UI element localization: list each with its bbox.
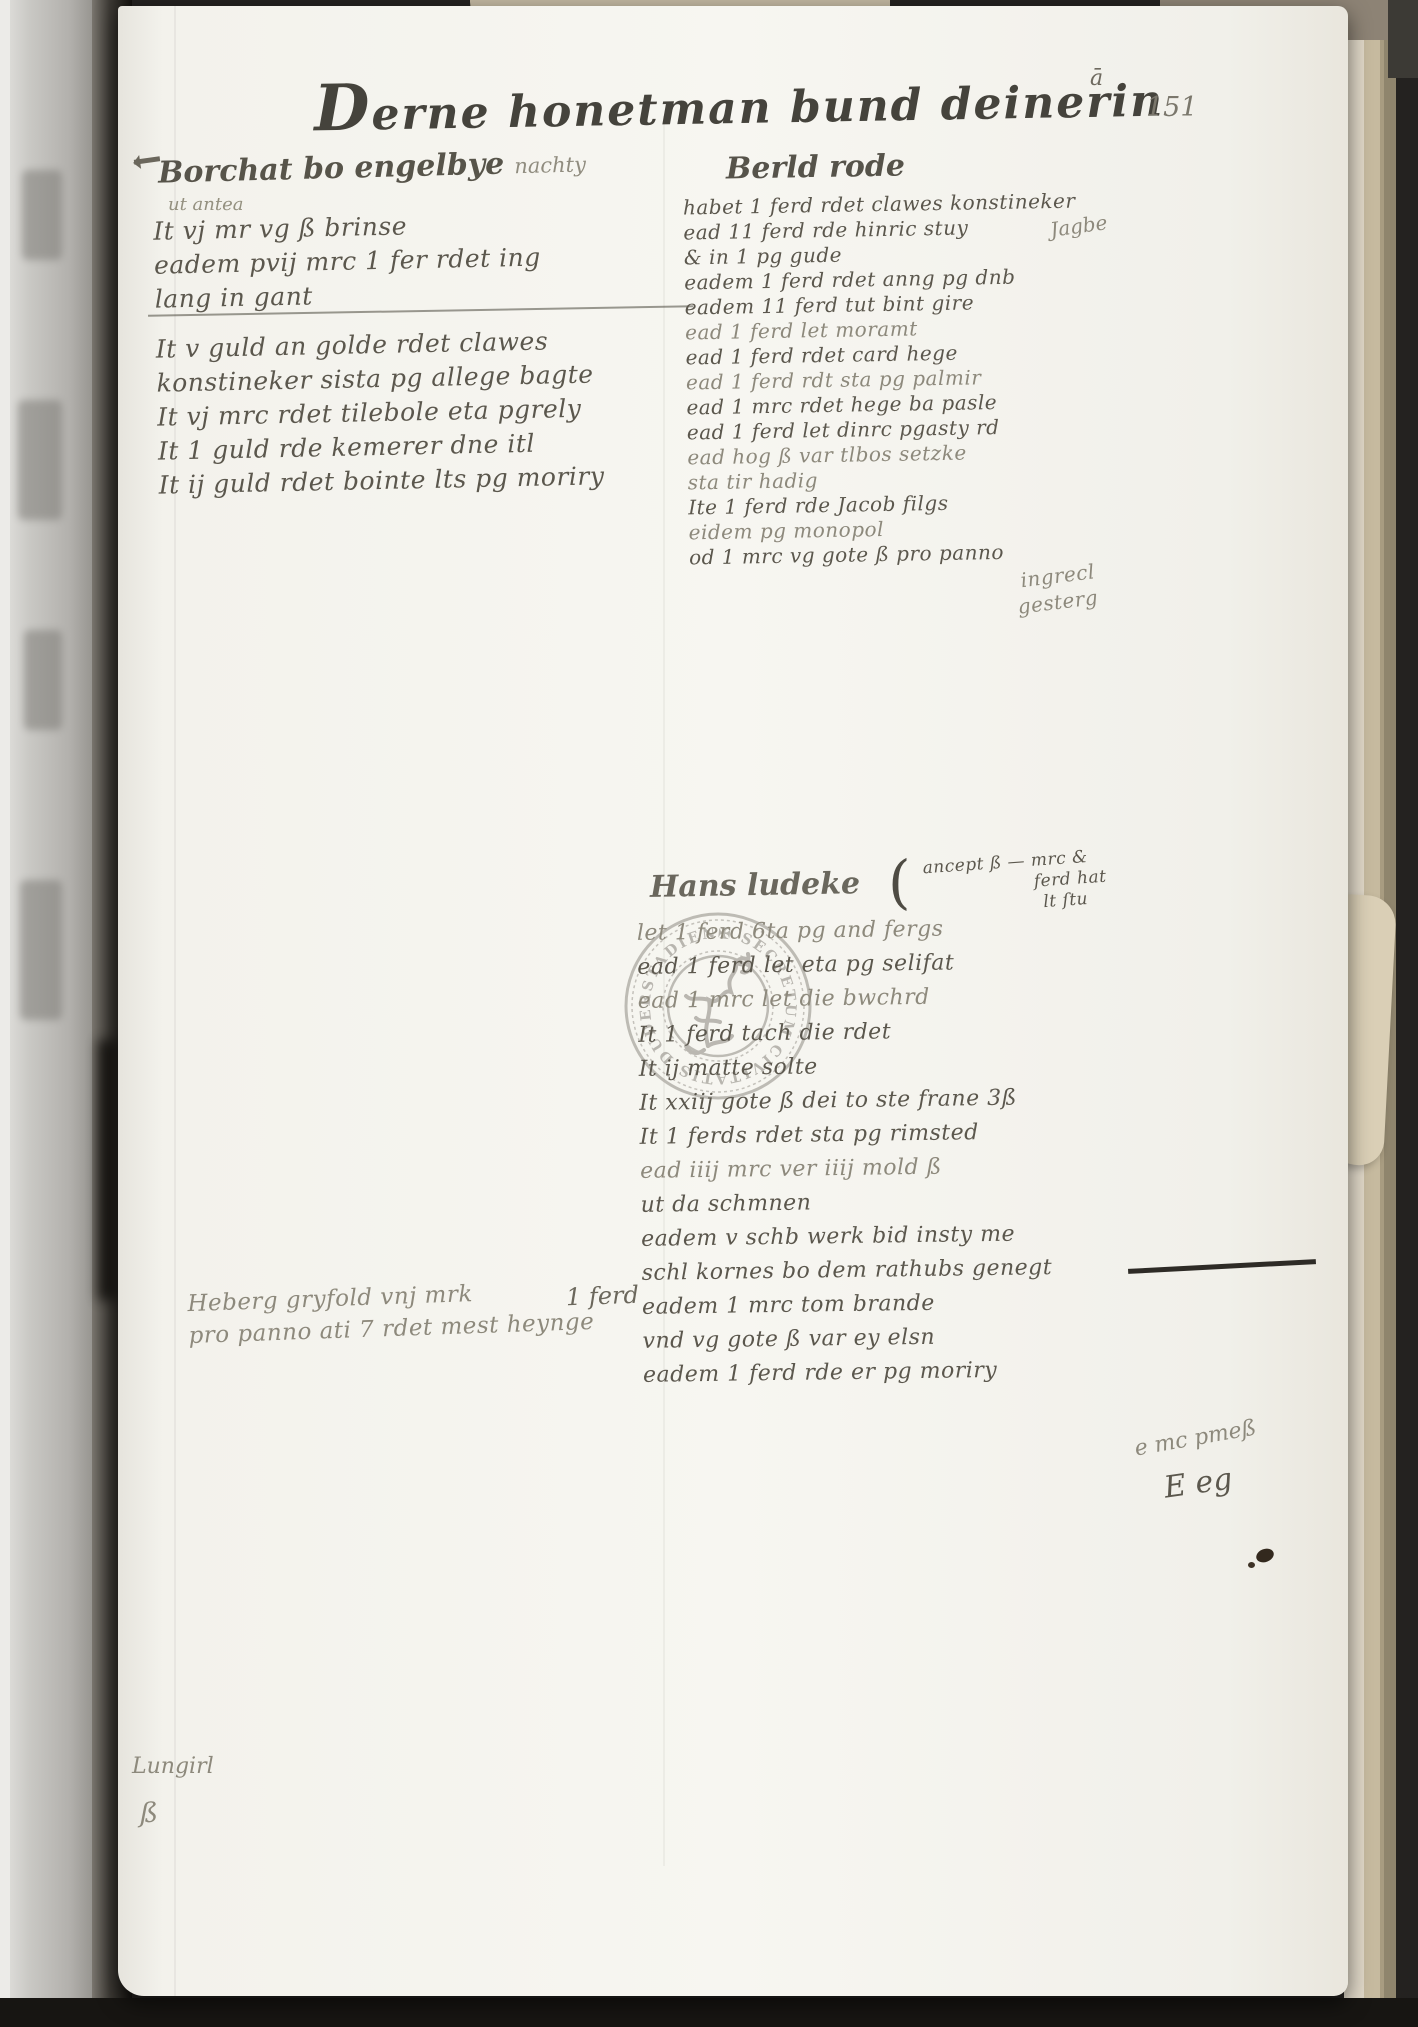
manuscript-line: schl kornes bo dem rathubs genegt: [641, 1255, 1052, 1295]
manuscript-line: ead 1 mrc let die bwchrd: [638, 983, 1049, 1023]
folio-number: 151: [1146, 92, 1198, 123]
bleed-through-mark: [22, 170, 62, 260]
ledger-lines-right-1: habet 1 ferd rdet clawes konstineker ead…: [683, 189, 1082, 571]
manuscript-line: eadem 1 mrc tom brande: [642, 1289, 1053, 1329]
manuscript-line: It 1 ferds rdet sta pg rimsted: [640, 1119, 1051, 1159]
bleed-through-mark: [18, 400, 62, 520]
note-line: lt ſtu: [1043, 888, 1109, 913]
entry-heading-borchat: Borchat bo engelbyenachty: [158, 144, 587, 190]
clerk-signoff: ingrecl gesterg: [1013, 559, 1099, 620]
foot-margin-note: Lungirl: [132, 1754, 214, 1779]
marginal-amount: 1 ferd: [566, 1281, 640, 1312]
manuscript-line: let 1 ferd 6ta pg and fergs: [637, 915, 1048, 955]
ink-blot: [1254, 1546, 1275, 1564]
title-superscript: ā: [1090, 66, 1103, 91]
page-title: Derne honetman bund deinerin: [313, 57, 1164, 147]
manuscript-line: ead 1 ferd let eta pg selifat: [637, 949, 1048, 989]
bleed-through-mark: [24, 630, 62, 730]
signoff-flourish: e mc pmeß: [1133, 1416, 1258, 1462]
scan-background-sliver: [0, 0, 10, 2027]
bracket-mark: (: [888, 848, 911, 916]
manuscript-line: It ij matte solte: [639, 1051, 1050, 1091]
gutter-shadow-smudge: [98, 1040, 118, 1300]
acceptance-note: ancept ß — mrc & ferd hat lt ſtu: [922, 846, 1109, 922]
manuscript-line: vnd vg gote ß var ey elsn: [642, 1323, 1053, 1363]
manuscript-line: ut da schmnen: [640, 1187, 1051, 1227]
paragraph-mark: [134, 156, 160, 165]
manuscript-line: eadem 1 ferd rde er pg moriry: [643, 1357, 1054, 1397]
manuscript-line: It 1 ferd tach die rdet: [638, 1017, 1049, 1057]
ledger-lines-right-2: let 1 ferd 6ta pg and fergs ead 1 ferd l…: [637, 915, 1054, 1397]
subheading-ut-antea: ut antea: [168, 194, 244, 215]
strikethrough-mark: [1128, 1259, 1316, 1274]
previous-page-edge: [0, 0, 100, 2027]
ledger-lines-left: It vj mr vg ß brinse eadem pvij mrc 1 fe…: [153, 207, 605, 504]
heading-annotation: nachty: [514, 152, 586, 178]
scan-bottom-shadow: [0, 1998, 1418, 2027]
manuscript-page: Derne honetman bund deinerin ā 151 Borch…: [118, 6, 1348, 1996]
manuscript-line: eadem v schb werk bid insty me: [641, 1221, 1052, 1261]
bleed-through-mark: [20, 880, 62, 1020]
signoff-flourish: E eg: [1162, 1461, 1235, 1505]
foot-margin-note: ß: [140, 1798, 158, 1829]
marginal-entry: Heberg gryfold vnj mrk pro panno ati 7 r…: [187, 1277, 595, 1355]
entry-heading-berld-rode: Berld rode: [726, 148, 906, 186]
entry-heading-hans-ludeke: Hans ludeke: [650, 866, 861, 905]
ink-blot: [1248, 1562, 1255, 1568]
entry-heading-text: Borchat bo engelbye: [158, 147, 505, 191]
manuscript-line: It xxiij gote ß dei to ste frane 3ß: [639, 1085, 1050, 1125]
manuscript-line: ead iiij mrc ver iiij mold ß: [640, 1153, 1051, 1193]
dark-corner-patch: [1388, 0, 1418, 78]
